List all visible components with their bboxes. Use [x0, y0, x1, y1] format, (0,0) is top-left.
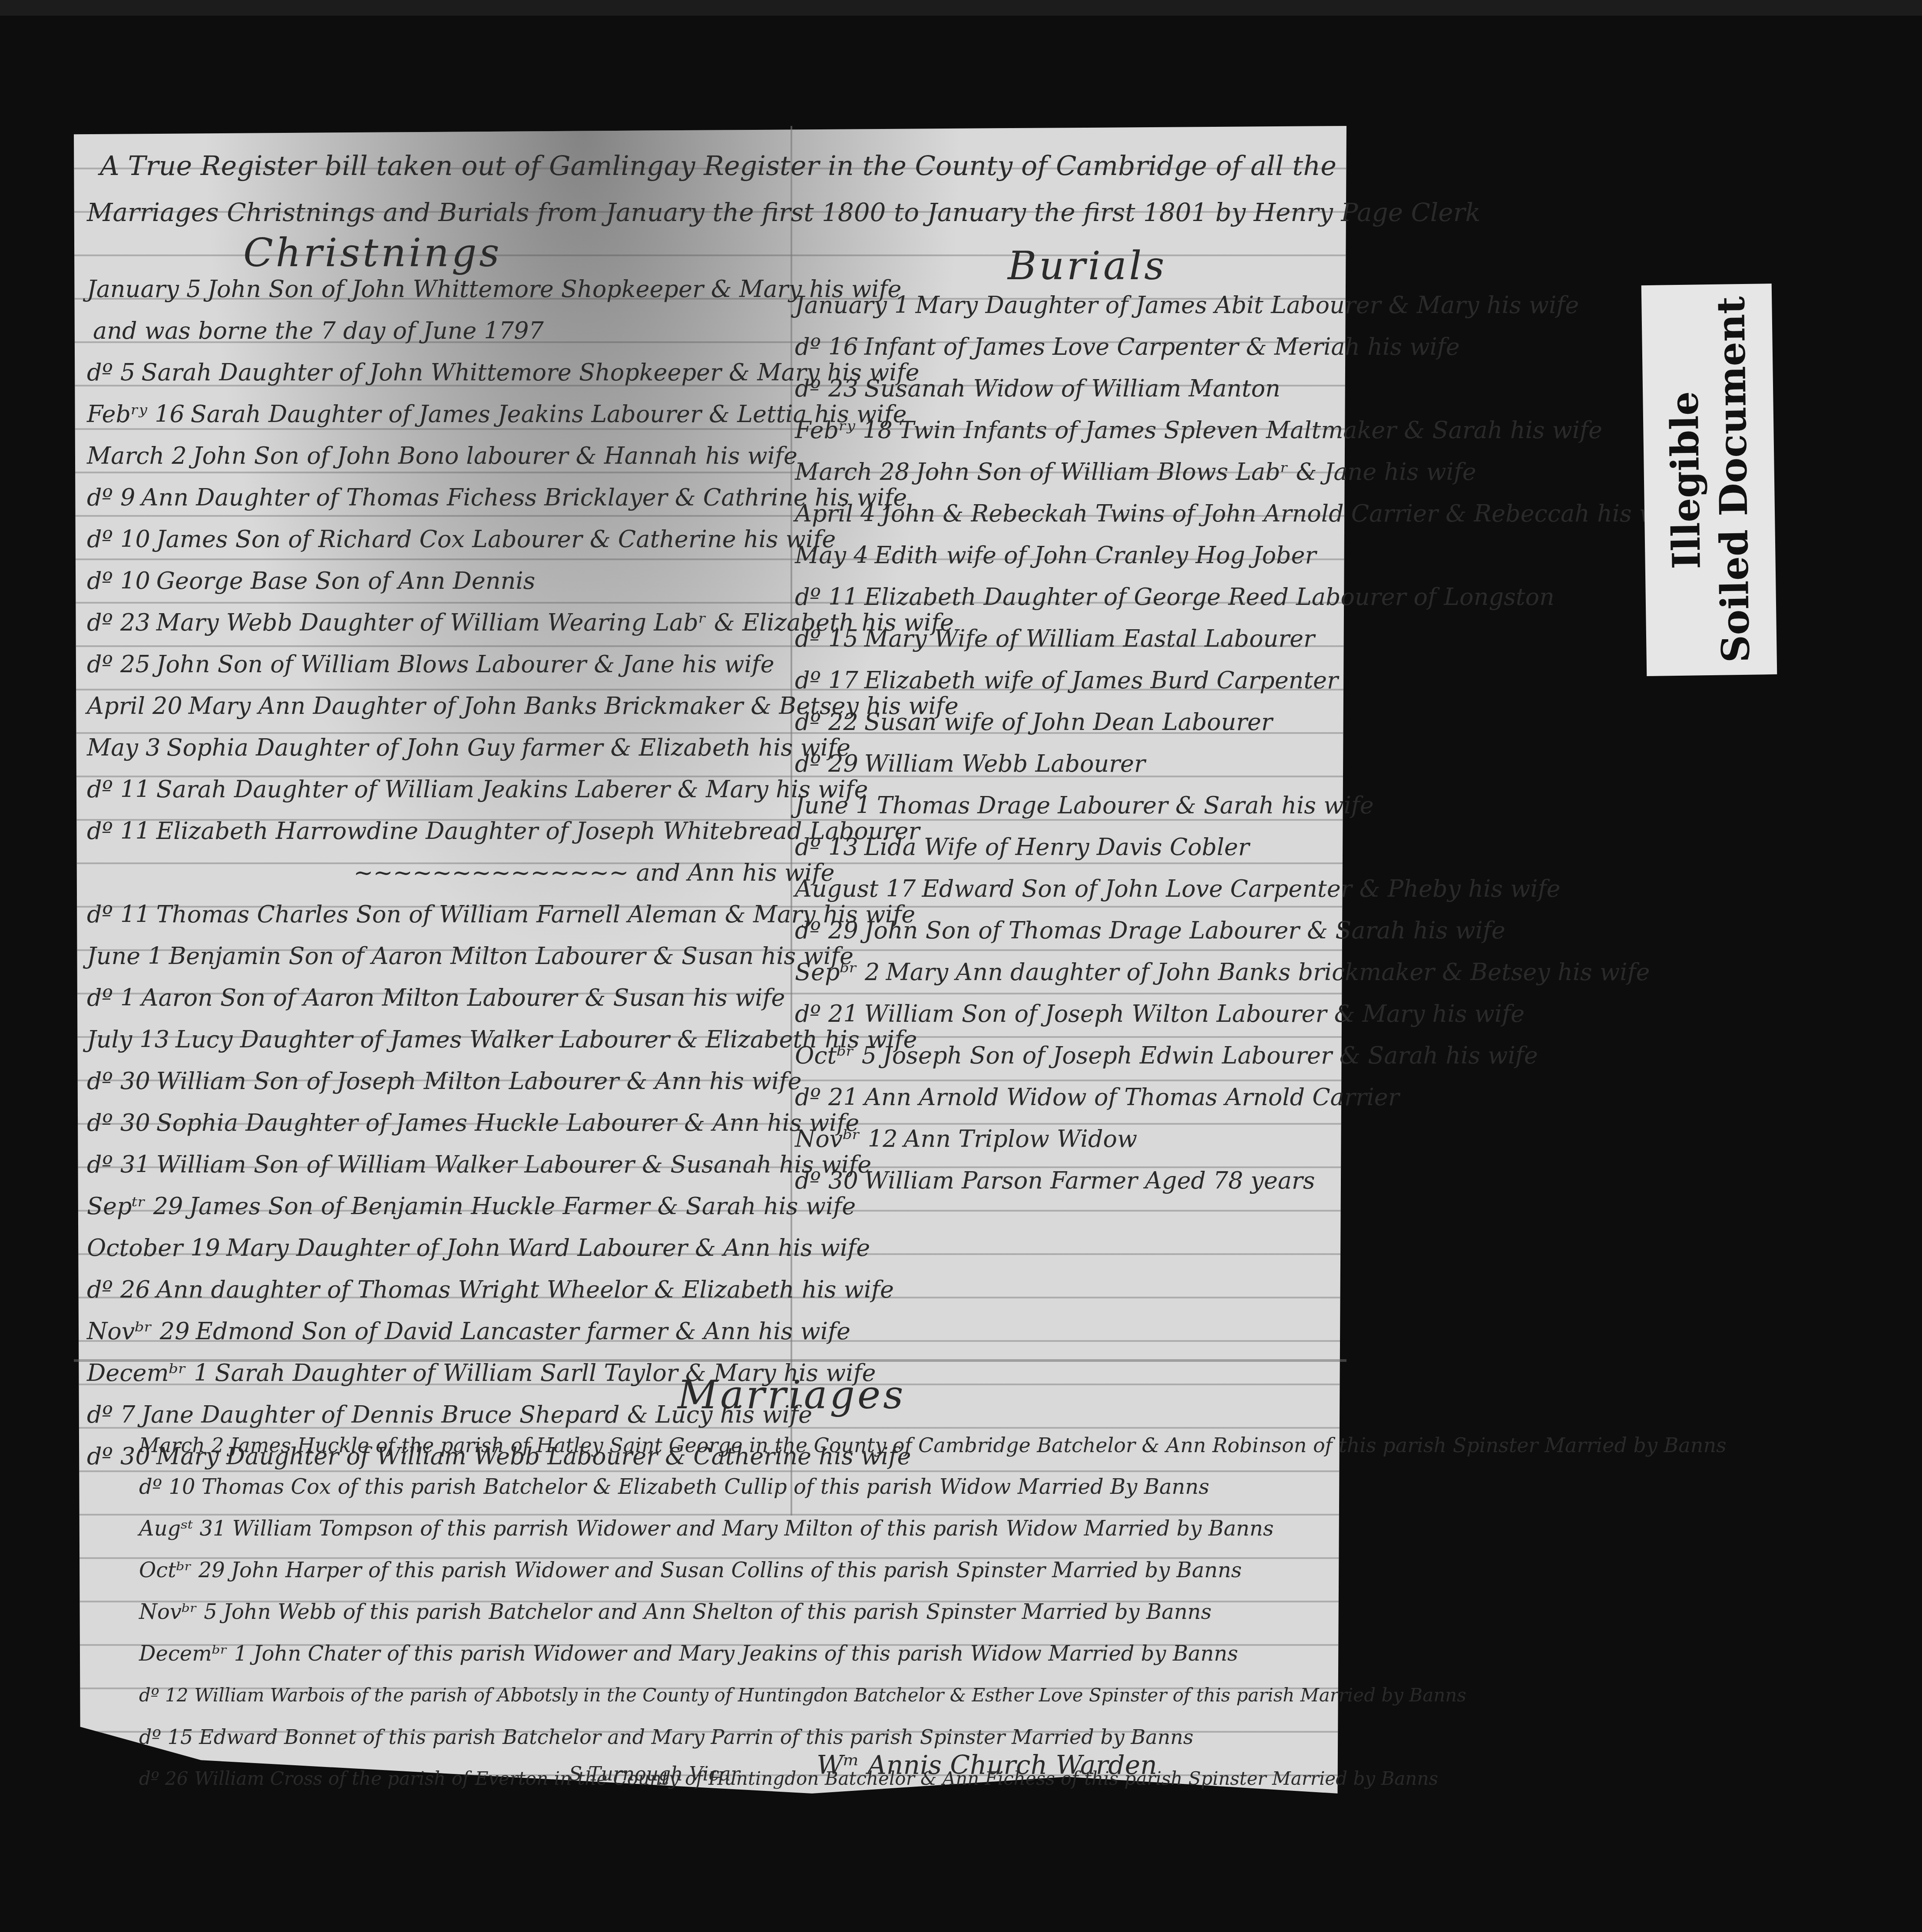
christenings-list: January 5John Son of John Whittemore Sho… [87, 268, 786, 1477]
christening-entry: October 19Mary Daughter of John Ward Lab… [87, 1227, 786, 1269]
christening-entry: April 20Mary Ann Daughter of John Banks … [87, 685, 786, 727]
marriage-entry: Augˢᵗ 31William Tompson of this parrish … [139, 1508, 1338, 1549]
christening-entry: dº 10George Base Son of Ann Dennis [87, 560, 786, 602]
christening-entry: Febʳʸ 16Sarah Daughter of James Jeakins … [87, 393, 786, 435]
burial-entry: dº 15Mary Wife of William Eastal Laboure… [795, 618, 1342, 660]
label-line-illegible: Illegible [1659, 297, 1712, 664]
burial-entry: August 17Edward Son of John Love Carpent… [795, 868, 1342, 910]
christening-entry: dº 31William Son of William Walker Labou… [87, 1144, 786, 1186]
christening-entry: dº 30Sophia Daughter of James Huckle Lab… [87, 1102, 786, 1144]
christening-entry: May 3Sophia Daughter of John Guy farmer … [87, 727, 786, 769]
vicar-signature: S Turnough Vicar [569, 1763, 740, 1785]
marriages-heading: Marriages [678, 1372, 906, 1418]
label-line-soiled-document: Soiled Document [1707, 296, 1760, 663]
christening-entry: dº 26Ann daughter of Thomas Wright Wheel… [87, 1269, 786, 1311]
burial-entry: dº 29John Son of Thomas Drage Labourer &… [795, 910, 1342, 951]
burial-entry: dº 22Susan wife of John Dean Labourer [795, 701, 1342, 743]
marriages-list: March 2James Huckle of the parish of Hat… [139, 1424, 1338, 1800]
christening-entry: dº 11Sarah Daughter of William Jeakins L… [87, 769, 786, 810]
church-warden-signature: Wᵐ Annis Church Warden [817, 1750, 1157, 1780]
burial-entry: dº 21William Son of Joseph Wilton Labour… [795, 993, 1342, 1035]
christening-entry: Sepᵗʳ 29James Son of Benjamin Huckle Far… [87, 1186, 786, 1227]
burial-entry: May 4Edith wife of John Cranley Hog Jobe… [795, 535, 1342, 576]
marriage-entry: Novᵇʳ 5John Webb of this parish Batchelo… [139, 1591, 1338, 1633]
burial-entry: dº 11Elizabeth Daughter of George Reed L… [795, 576, 1342, 618]
marriage-entry: Octᵇʳ 29John Harper of this parish Widow… [139, 1549, 1338, 1591]
marriage-entry: March 2James Huckle of the parish of Hat… [139, 1424, 1338, 1466]
christening-entry: July 13Lucy Daughter of James Walker Lab… [87, 1019, 786, 1060]
archive-label-text: Illegible Soiled Document [1659, 296, 1760, 664]
document-title-line-1: A True Register bill taken out of Gamlin… [100, 150, 1336, 182]
marriage-entry: dº 12William Warbois of the parish of Ab… [139, 1674, 1338, 1716]
christening-entry: dº 9Ann Daughter of Thomas Fichess Brick… [87, 477, 786, 519]
marriage-entry: dº 10Thomas Cox of this parish Batchelor… [139, 1466, 1338, 1508]
burial-entry: dº 13Lida Wife of Henry Davis Cobler [795, 826, 1342, 868]
marriage-entry: Decemᵇʳ 1John Chater of this parish Wido… [139, 1633, 1338, 1674]
burial-entry: dº 29William Webb Labourer [795, 743, 1342, 785]
christening-entry: and was borne the 7 day of June 1797 [87, 310, 786, 352]
burials-list: January 1Mary Daughter of James Abit Lab… [795, 284, 1342, 1202]
archive-label: Illegible Soiled Document [1641, 284, 1777, 676]
burial-entry: dº 16Infant of James Love Carpenter & Me… [795, 326, 1342, 368]
christening-entry: dº 10James Son of Richard Cox Labourer &… [87, 519, 786, 560]
christening-entry: ~~~~~~~~~~~~~~ and Ann his wife [87, 852, 786, 894]
film-border [0, 0, 1922, 16]
christening-entry: dº 5Sarah Daughter of John Whittemore Sh… [87, 352, 786, 393]
burial-entry: Sepᵇʳ 2Mary Ann daughter of John Banks b… [795, 951, 1342, 993]
burial-entry: Febʳʸ 18Twin Infants of James Spleven Ma… [795, 410, 1342, 451]
burial-entry: June 1Thomas Drage Labourer & Sarah his … [795, 785, 1342, 826]
burials-heading: Burials [1008, 243, 1167, 289]
christening-entry: dº 23Mary Webb Daughter of William Weari… [87, 602, 786, 644]
burial-entry: dº 21Ann Arnold Widow of Thomas Arnold C… [795, 1077, 1342, 1118]
christening-entry: dº 11Thomas Charles Son of William Farne… [87, 894, 786, 935]
burial-entry: dº 30William Parson Farmer Aged 78 years [795, 1160, 1342, 1202]
burial-entry: Octᵇʳ 5Joseph Son of Joseph Edwin Labour… [795, 1035, 1342, 1077]
christening-entry: dº 1Aaron Son of Aaron Milton Labourer &… [87, 977, 786, 1019]
burial-entry: Novᵇʳ 12Ann Triplow Widow [795, 1118, 1342, 1160]
burial-entry: dº 23Susanah Widow of William Manton [795, 368, 1342, 410]
christening-entry: June 1Benjamin Son of Aaron Milton Labou… [87, 935, 786, 977]
christening-entry: dº 11Elizabeth Harrowdine Daughter of Jo… [87, 810, 786, 852]
burial-entry: January 1Mary Daughter of James Abit Lab… [795, 284, 1342, 326]
document-title-line-2: Marriages Christnings and Burials from J… [87, 198, 1481, 227]
burial-entry: March 28John Son of William Blows Labʳ &… [795, 451, 1342, 493]
burial-entry: dº 17Elizabeth wife of James Burd Carpen… [795, 660, 1342, 701]
christening-entry: January 5John Son of John Whittemore Sho… [87, 268, 786, 310]
christening-entry: dº 30William Son of Joseph Milton Labour… [87, 1060, 786, 1102]
christening-entry: Novᵇʳ 29Edmond Son of David Lancaster fa… [87, 1311, 786, 1352]
marriage-entry: dº 15Edward Bonnet of this parish Batche… [139, 1716, 1338, 1758]
burial-entry: April 4John & Rebeckah Twins of John Arn… [795, 493, 1342, 535]
christening-entry: dº 25John Son of William Blows Labourer … [87, 644, 786, 685]
christening-entry: March 2John Son of John Bono labourer & … [87, 435, 786, 477]
